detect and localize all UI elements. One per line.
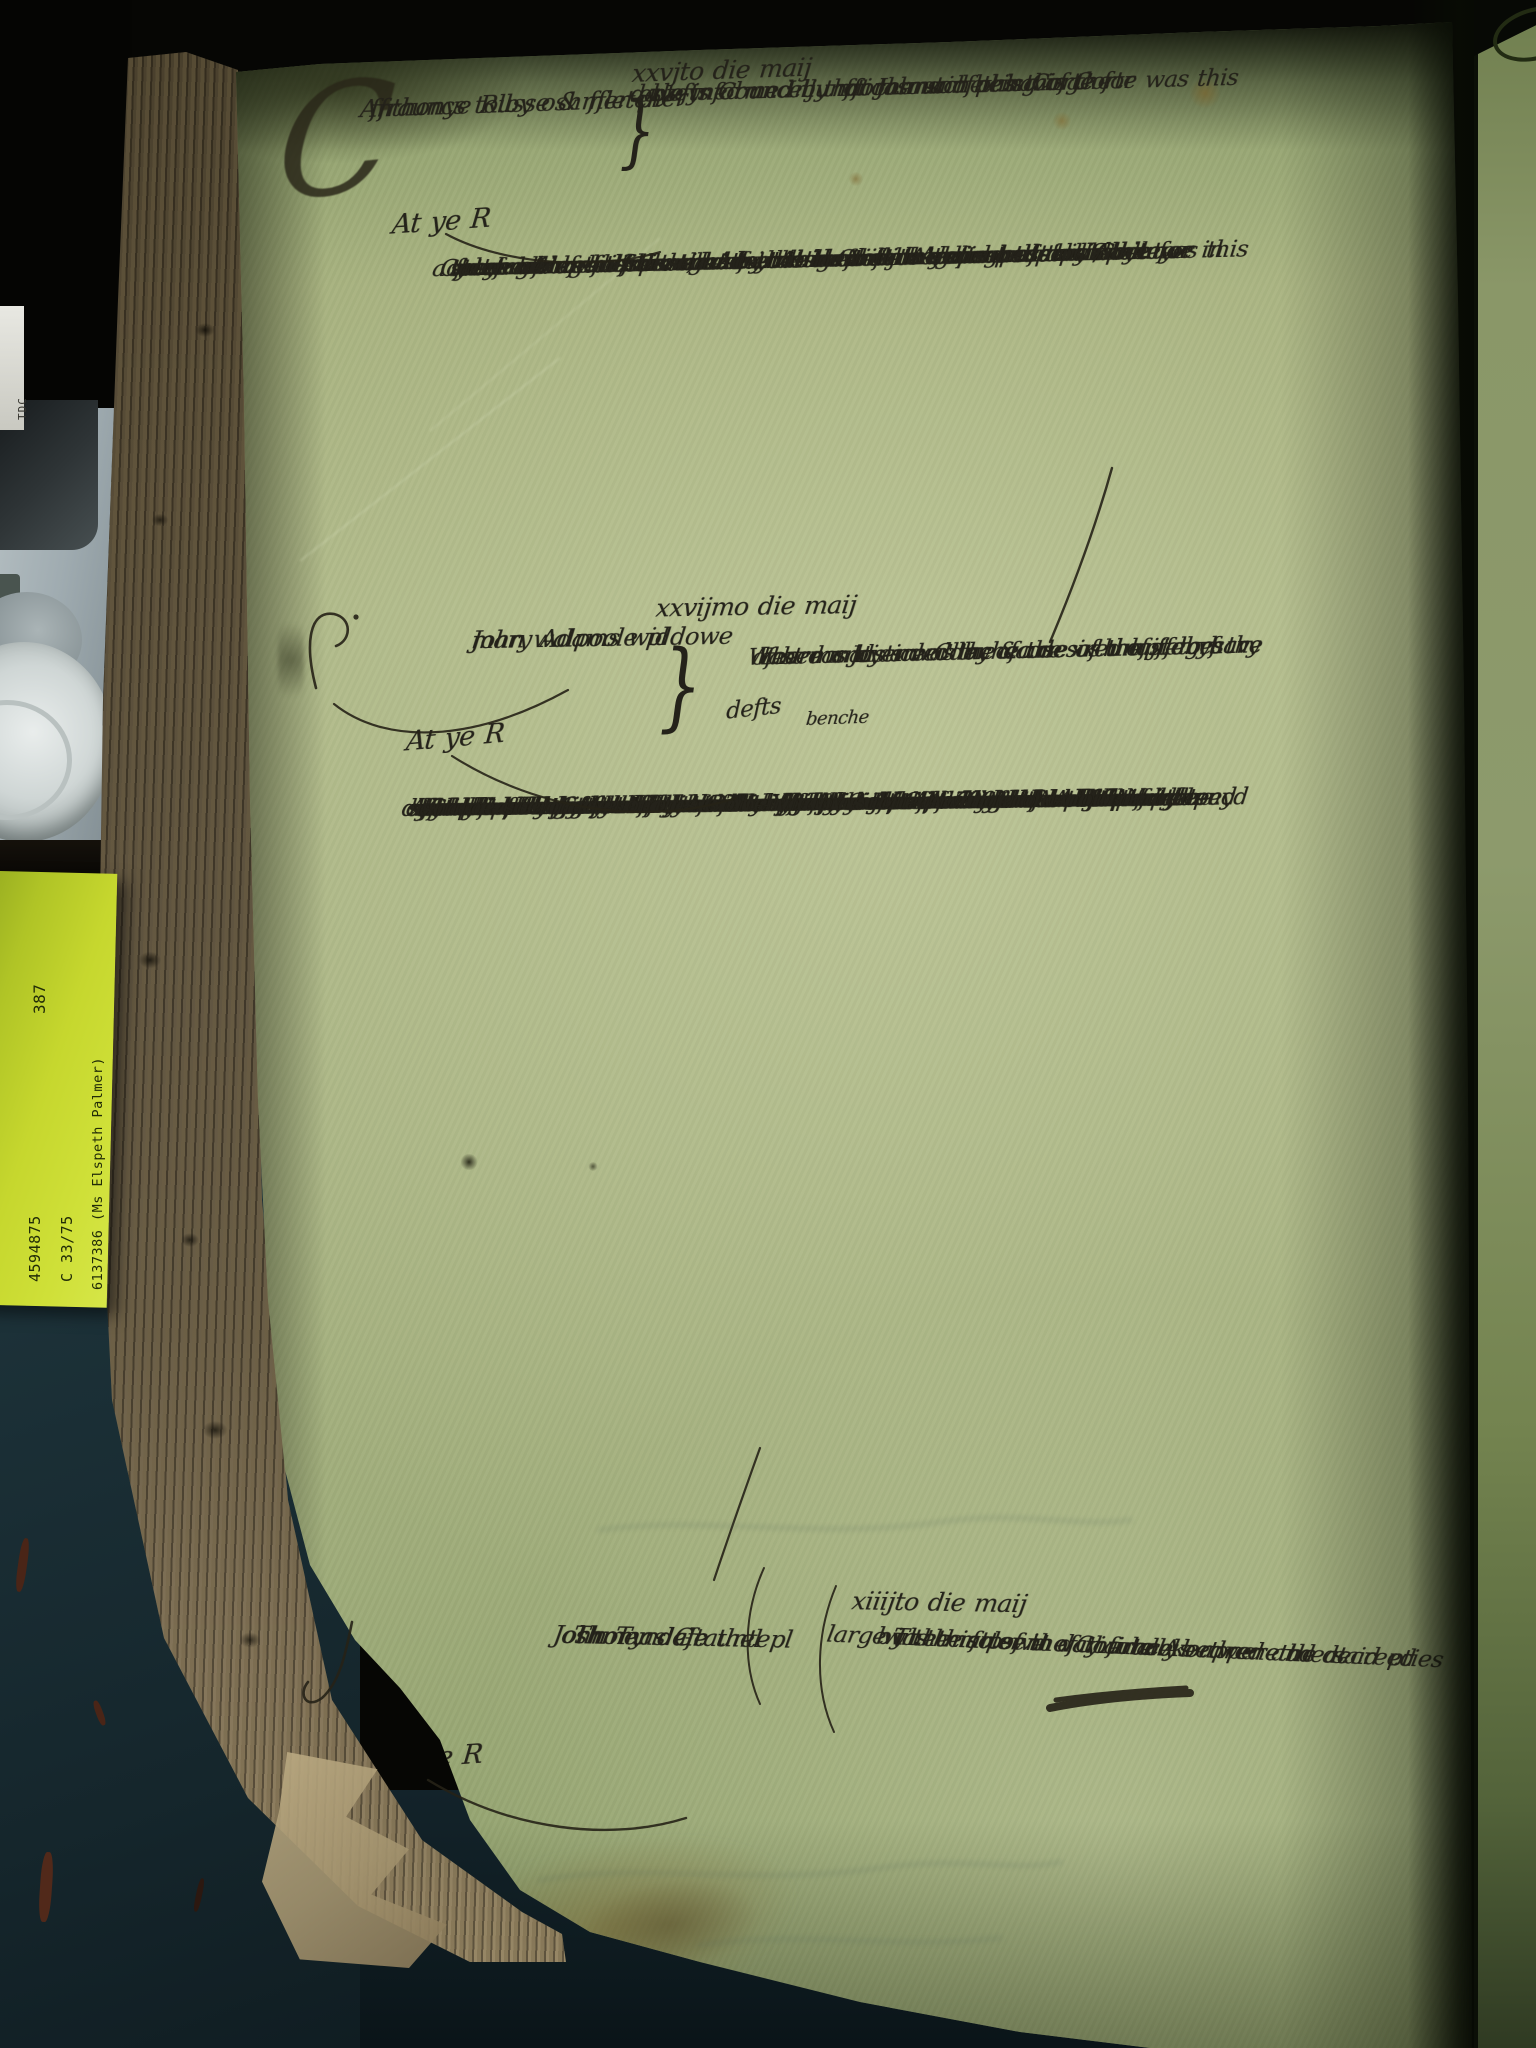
- closing-slash: [714, 1448, 760, 1580]
- paraph-dot: [353, 614, 358, 619]
- show-through-writing: [700, 1938, 1000, 1945]
- catalogue-reference: C 33/75: [58, 1215, 76, 1282]
- show-through-writing: [540, 1862, 1060, 1880]
- margin-note-tail: [428, 1780, 686, 1830]
- book-gutter-shadow: [1408, 0, 1478, 2048]
- paragraph-paraph-mark: [310, 614, 348, 688]
- reference-number: 4594875: [26, 1215, 44, 1282]
- parties-underline-flourish: [334, 690, 568, 732]
- pen-flourishes: [0, 0, 1536, 2048]
- folio-number: 387: [30, 984, 49, 1014]
- closing-slash: [1050, 468, 1112, 642]
- show-through-writing: [600, 1518, 1130, 1530]
- parties-bracket: [820, 1586, 836, 1732]
- margin-note-tail: [446, 234, 660, 263]
- order-reference: 6137386 (Ms Elspeth Palmer): [90, 1057, 106, 1290]
- parties-bracket: [748, 1568, 764, 1704]
- margin-note-tail: [452, 756, 736, 812]
- manuscript-photo: TDC C } } xxvjto die maij ffrauncs tolby…: [0, 0, 1536, 2048]
- facing-page-edge: [1474, 0, 1536, 2048]
- paragraph-paraph-mark: [304, 1622, 352, 1702]
